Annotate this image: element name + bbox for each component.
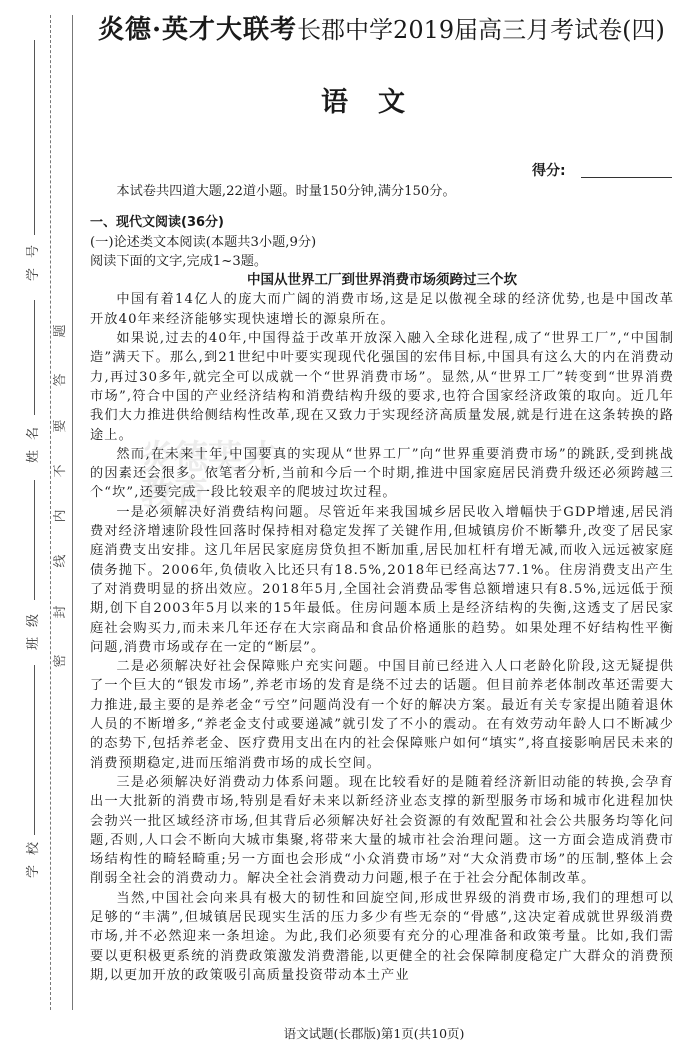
article-paragraph: 一是必须解决好消费结构问题。尽管近年来我国城乡居民收入增幅快于GDP增速,居民消…	[90, 503, 674, 657]
instruction: 阅读下面的文字,完成1~3题。	[90, 252, 674, 271]
seal-notice-char: 不	[53, 463, 69, 479]
field-label-student-id: 学号	[26, 251, 42, 281]
fill-line-student-id-top	[34, 40, 35, 235]
seal-notice-char: 内	[53, 508, 69, 524]
field-label-name: 姓名	[26, 433, 42, 463]
section-heading: 一、现代文阅读(36分)	[90, 213, 674, 232]
seal-notice-char: 要	[53, 418, 69, 434]
article-paragraph: 然而,在未来十年,中国要真的实现从“世界工厂”向“世界重要消费市场”的跳跃,受到…	[90, 445, 674, 503]
seal-notice-char: 封	[53, 604, 69, 620]
fill-line-student-id[interactable]	[34, 300, 35, 415]
score-field[interactable]	[581, 177, 672, 178]
seal-dashed-line	[50, 15, 51, 1010]
article-paragraph: 如果说,过去的40年,中国得益于改革开放深入融入全球化进程,成了“世界工厂”,“…	[90, 329, 674, 445]
article-title: 中国从世界工厂到世界消费市场须跨过三个坎	[90, 271, 674, 290]
article-paragraph: 二是必须解决好社会保障账户充实问题。中国目前已经进入人口老龄化阶段,这无疑提供了…	[90, 657, 674, 773]
score-label: 得分:	[532, 160, 566, 180]
fill-line-class[interactable]	[34, 665, 35, 835]
article-paragraph: 中国有着14亿人的庞大而广阔的消费市场,这是足以傲视全球的经济优势,也是中国改革…	[90, 290, 674, 329]
exam-content: 本试卷共四道大题,22道小题。时量150分钟,满分150分。 一、现代文阅读(3…	[90, 180, 674, 985]
field-label-school: 学校	[26, 848, 42, 878]
article-paragraph: 当然,中国社会向来具有极大的韧性和回旋空间,形成世界级的消费市场,我们的理想可以…	[90, 889, 674, 985]
page-footer: 语文试题(长郡版)第1页(共10页)	[0, 1024, 688, 1042]
exam-header: 炎德·英才大联考长郡中学2019届高三月考试卷(四)	[98, 14, 683, 46]
seal-notice-char: 密	[53, 653, 69, 669]
seal-solid-line	[72, 15, 73, 1010]
seal-notice-char: 线	[53, 553, 69, 569]
fill-line-name[interactable]	[34, 480, 35, 600]
subject-title: 语文	[0, 80, 688, 119]
exam-intro: 本试卷共四道大题,22道小题。时量150分钟,满分150分。	[90, 182, 674, 201]
brand-name: 炎德·英才大联考	[98, 15, 297, 45]
exam-title: 长郡中学2019届高三月考试卷(四)	[297, 16, 665, 44]
seal-notice-char: 题	[53, 323, 69, 339]
subsection-heading: (一)论述类文本阅读(本题共3小题,9分)	[90, 233, 674, 252]
seal-notice-char: 答	[53, 372, 69, 388]
field-label-class: 班级	[26, 620, 42, 650]
article-paragraph: 三是必须解决好消费动力体系问题。现在比较看好的是随着经济新旧动能的转换,会孕育出…	[90, 773, 674, 889]
